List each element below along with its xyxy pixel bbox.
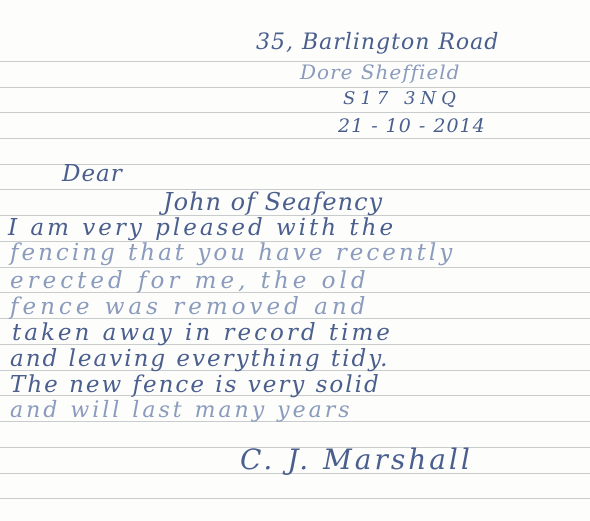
ruled-line [0, 498, 590, 499]
signature: C. J. Marshall [240, 443, 473, 476]
body-line: fencing that you have recently [10, 240, 455, 266]
ruled-line [0, 87, 590, 88]
body-line: erected for me, the old [10, 268, 370, 294]
body-line: fence was removed and [10, 294, 369, 320]
address-postcode: S17 3NQ [343, 88, 461, 109]
ruled-line [0, 112, 590, 113]
address-area: Dore Sheffield [300, 60, 460, 84]
body-line: The new fence is very solid [10, 372, 381, 398]
letter-date: 21 - 10 - 2014 [338, 115, 486, 137]
body-line: and will last many years [10, 398, 353, 423]
salutation: Dear [62, 161, 123, 187]
address-street: 35, Barlington Road [256, 30, 499, 55]
body-line: and leaving everything tidy. [10, 346, 389, 372]
recipient-name: John of Seafency [163, 188, 383, 216]
ruled-line [0, 138, 590, 139]
body-line: I am very pleased with the [8, 215, 396, 241]
body-line: taken away in record time [12, 320, 393, 346]
ruled-line [0, 61, 590, 62]
